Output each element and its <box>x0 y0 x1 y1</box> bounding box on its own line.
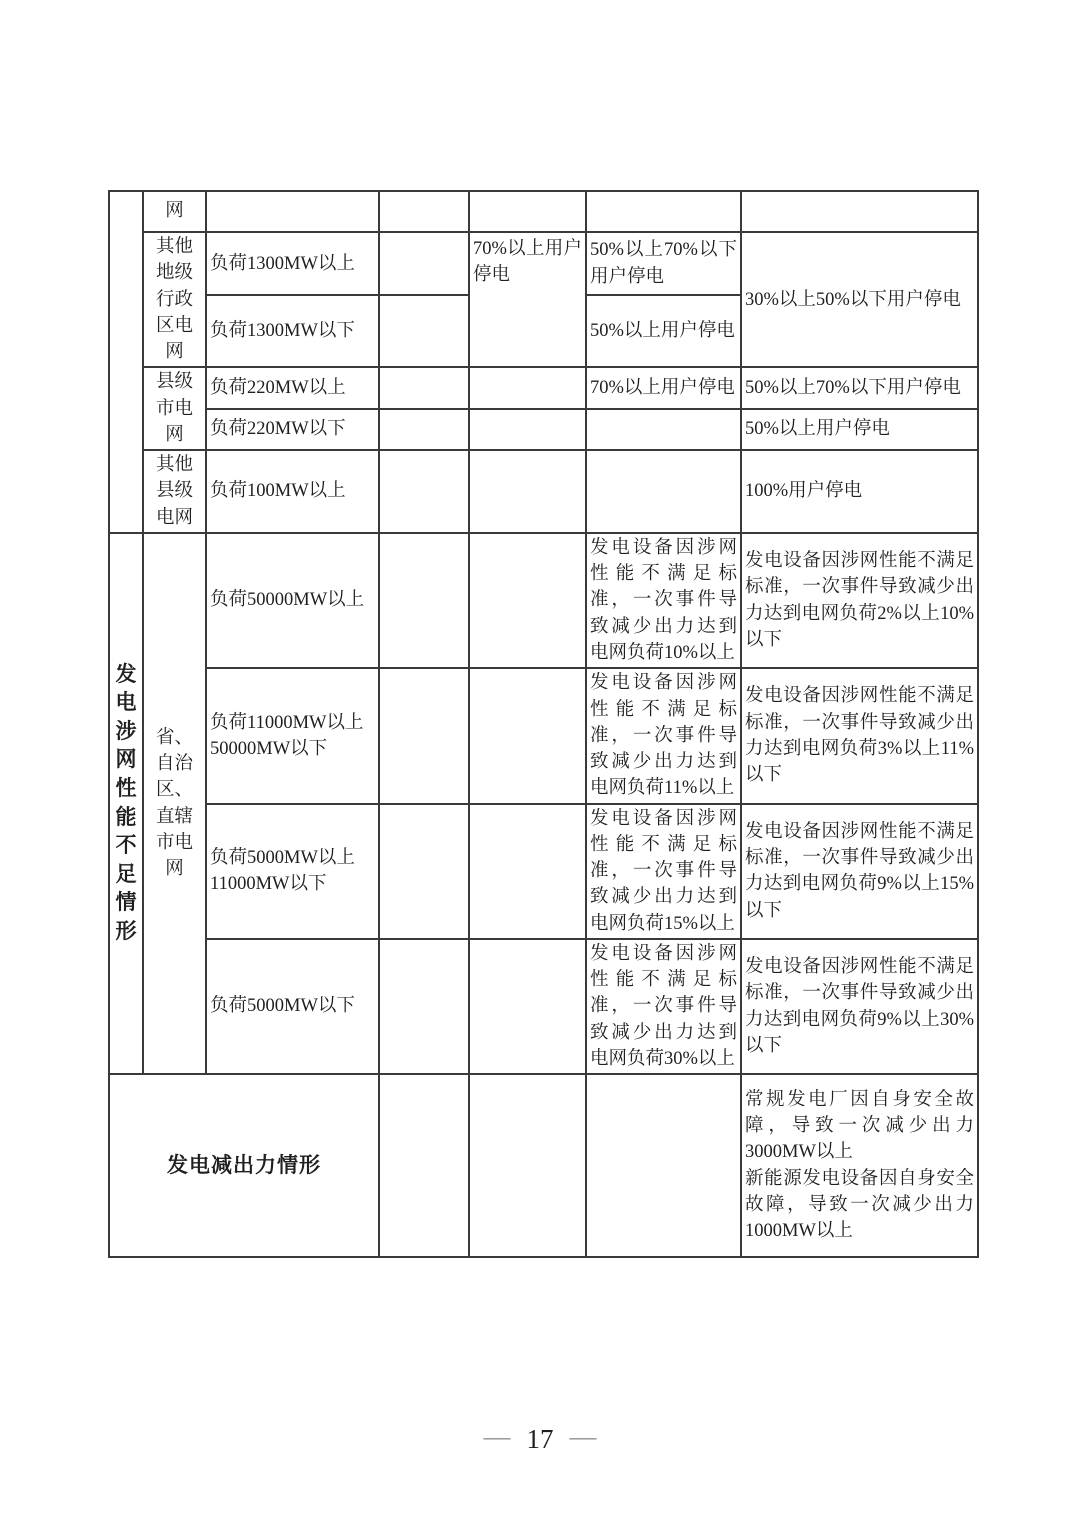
page-number: 17 <box>527 1424 554 1454</box>
cell-load-50000-up: 负荷50000MW以上 <box>206 533 379 668</box>
cell-empty <box>586 1074 741 1257</box>
cell-outage-50-users: 50%以上用户停电 <box>741 409 978 450</box>
cell-empty <box>379 939 469 1074</box>
page-footer: —17— <box>0 1424 1080 1455</box>
cell-grid-tail: 网 <box>143 191 206 232</box>
cell-other-county-grid: 其他县级电网 <box>143 450 206 533</box>
cell-outage-100-users: 100%用户停电 <box>741 450 978 533</box>
cell-performance-major: 发电设备因涉网性能不满足标准，一次事件导致减少出力达到电网负荷15%以上 <box>586 804 741 939</box>
table-row: 其他县级电网 负荷100MW以上 100%用户停电 <box>109 450 978 533</box>
cell-empty <box>586 409 741 450</box>
cell-outage-50-70-users: 50%以上70%以下用户停电 <box>741 367 978 408</box>
footer-dash-left: — <box>484 1421 511 1451</box>
cell-empty <box>586 191 741 232</box>
table-row: 发电涉网性能不足情形 省、自治区、直辖市电网 负荷50000MW以上 发电设备因… <box>109 533 978 668</box>
cell-section-output-reduction: 发电减出力情形 <box>109 1074 379 1257</box>
cell-performance-major: 发电设备因涉网性能不满足标准，一次事件导致减少出力达到电网负荷10%以上 <box>586 533 741 668</box>
cell-empty <box>379 804 469 939</box>
cell-empty <box>379 1074 469 1257</box>
cell-empty <box>379 191 469 232</box>
cell-empty <box>379 295 469 367</box>
cell-outage-70-users: 70%以上用户停电 <box>586 367 741 408</box>
cell-load-5000-down: 负荷5000MW以下 <box>206 939 379 1074</box>
criteria-conventional-plant: 常规发电厂因自身安全故障，导致一次减少出力3000MW以上 <box>745 1087 974 1166</box>
incident-grade-table-wrap: 网 其他地级行政区电网 负荷1300MW以上 70%以上用户停电 50%以上70… <box>108 190 979 1258</box>
cell-outage-30-50-users: 30%以上50%以下用户停电 <box>741 232 978 367</box>
cell-load-5000-11000: 负荷5000MW以上11000MW以下 <box>206 804 379 939</box>
cell-empty <box>469 1074 586 1257</box>
cell-empty <box>206 191 379 232</box>
table-row: 网 <box>109 191 978 232</box>
cell-empty <box>469 804 586 939</box>
cell-empty <box>469 409 586 450</box>
cell-empty <box>469 191 586 232</box>
criteria-new-energy: 新能源发电设备因自身安全故障，导致一次减少出力1000MW以上 <box>745 1166 974 1245</box>
table-row: 县级市电网 负荷220MW以上 70%以上用户停电 50%以上70%以下用户停电 <box>109 367 978 408</box>
cell-outage-70-users: 70%以上用户停电 <box>469 232 586 367</box>
cell-province-grid: 省、自治区、直辖市电网 <box>143 533 206 1074</box>
incident-grade-table: 网 其他地级行政区电网 负荷1300MW以上 70%以上用户停电 50%以上70… <box>108 190 979 1258</box>
cell-empty <box>586 450 741 533</box>
cell-empty <box>379 367 469 408</box>
cell-empty <box>379 668 469 803</box>
cell-load-220-up: 负荷220MW以上 <box>206 367 379 408</box>
cell-county-city-grid: 县级市电网 <box>143 367 206 450</box>
document-page: 网 其他地级行政区电网 负荷1300MW以上 70%以上用户停电 50%以上70… <box>0 0 1080 1528</box>
cell-load-11000-50000: 负荷11000MW以上50000MW以下 <box>206 668 379 803</box>
table-row: 负荷11000MW以上50000MW以下 发电设备因涉网性能不满足标准，一次事件… <box>109 668 978 803</box>
table-row: 负荷5000MW以下 发电设备因涉网性能不满足标准，一次事件导致减少出力达到电网… <box>109 939 978 1074</box>
cell-performance-large: 发电设备因涉网性能不满足标准，一次事件导致减少出力达到电网负荷3%以上11%以下 <box>741 668 978 803</box>
table-row: 负荷220MW以下 50%以上用户停电 <box>109 409 978 450</box>
cell-empty <box>469 533 586 668</box>
cell-empty <box>469 939 586 1074</box>
cell-empty <box>379 533 469 668</box>
cell-load-1300-down: 负荷1300MW以下 <box>206 295 379 367</box>
cell-empty <box>379 232 469 295</box>
footer-dash-right: — <box>570 1421 597 1451</box>
table-row: 发电减出力情形 常规发电厂因自身安全故障，导致一次减少出力3000MW以上 新能… <box>109 1074 978 1257</box>
cell-outage-50-users: 50%以上用户停电 <box>586 295 741 367</box>
cell-empty <box>379 409 469 450</box>
cell-empty <box>741 191 978 232</box>
cell-load-220-down: 负荷220MW以下 <box>206 409 379 450</box>
table-row: 负荷5000MW以上11000MW以下 发电设备因涉网性能不满足标准，一次事件导… <box>109 804 978 939</box>
cell-output-reduction-criteria: 常规发电厂因自身安全故障，导致一次减少出力3000MW以上 新能源发电设备因自身… <box>741 1074 978 1257</box>
cell-outage-50-70-users: 50%以上70%以下用户停电 <box>586 232 741 295</box>
cell-section-grid-performance: 发电涉网性能不足情形 <box>109 533 143 1074</box>
cell-empty <box>469 668 586 803</box>
table-row: 其他地级行政区电网 负荷1300MW以上 70%以上用户停电 50%以上70%以… <box>109 232 978 295</box>
cell-performance-major: 发电设备因涉网性能不满足标准，一次事件导致减少出力达到电网负荷30%以上 <box>586 939 741 1074</box>
cell-performance-major: 发电设备因涉网性能不满足标准，一次事件导致减少出力达到电网负荷11%以上 <box>586 668 741 803</box>
cell-other-prefecture-grid: 其他地级行政区电网 <box>143 232 206 367</box>
cell-load-100-up: 负荷100MW以上 <box>206 450 379 533</box>
cell-empty <box>469 367 586 408</box>
cell-performance-large: 发电设备因涉网性能不满足标准，一次事件导致减少出力达到电网负荷9%以上30%以下 <box>741 939 978 1074</box>
cell-empty <box>469 450 586 533</box>
cell-empty <box>379 450 469 533</box>
cell-performance-large: 发电设备因涉网性能不满足标准，一次事件导致减少出力达到电网负荷9%以上15%以下 <box>741 804 978 939</box>
cell-section-carryover <box>109 191 143 533</box>
cell-performance-large: 发电设备因涉网性能不满足标准，一次事件导致减少出力达到电网负荷2%以上10%以下 <box>741 533 978 668</box>
cell-load-1300-up: 负荷1300MW以上 <box>206 232 379 295</box>
